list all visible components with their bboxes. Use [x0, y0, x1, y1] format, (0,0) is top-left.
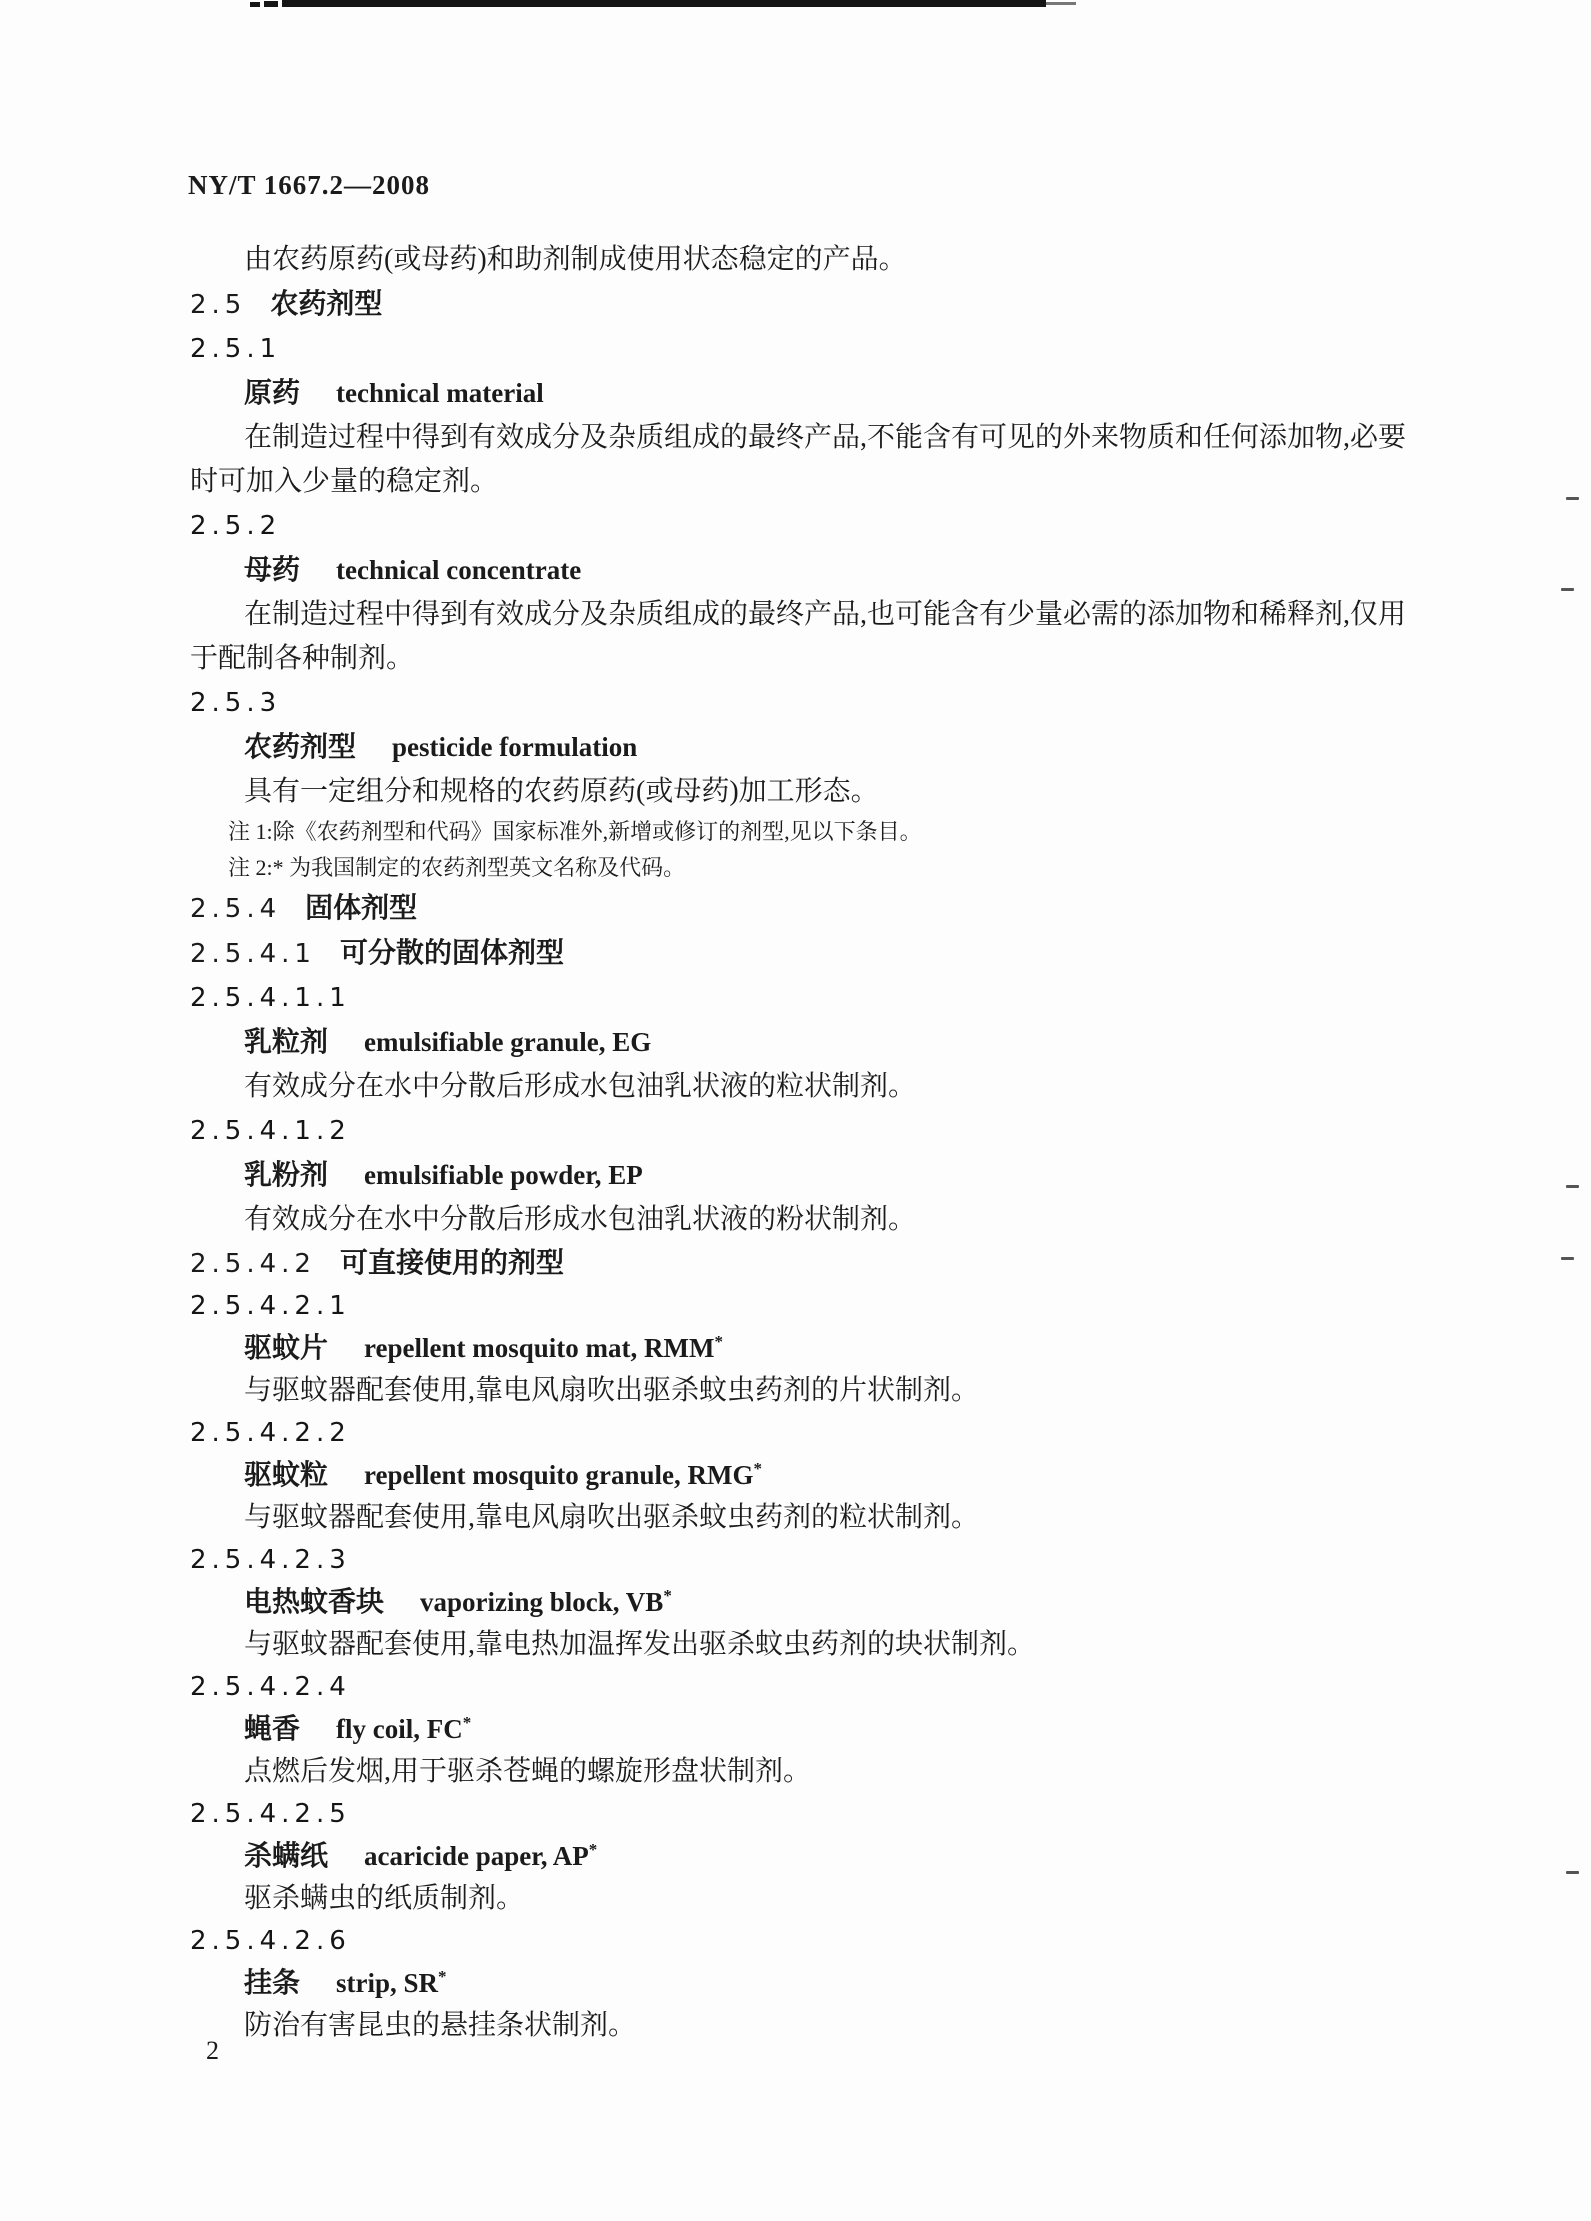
section-heading: 2.5.4.1可分散的固体剂型 — [190, 931, 1480, 976]
term-chinese: 杀螨纸 — [244, 1840, 328, 1871]
paragraph-line: 与驱蚊器配套使用,靠电热加温挥发出驱杀蚊虫药剂的块状制剂。 — [190, 1624, 1480, 1666]
term-english: pesticide formulation — [392, 732, 637, 762]
clause-number: 2.5.4.2.6 — [190, 1920, 1480, 1962]
paragraph-line: 在制造过程中得到有效成分及杂质组成的最终产品,不能含有可见的外来物质和任何添加物… — [190, 416, 1480, 460]
term-definition-heading: 乳粉剂emulsifiable powder, EP — [190, 1153, 1480, 1198]
section-heading-title: 可直接使用的剂型 — [340, 1247, 564, 1278]
term-definition-heading: 原药technical material — [190, 371, 1480, 416]
term-chinese: 挂条 — [244, 1967, 300, 1998]
term-chinese: 原药 — [244, 377, 300, 408]
paragraph: 由农药原药(或母药)和助剂制成使用状态稳定的产品。 — [190, 238, 1480, 282]
document-body: 由农药原药(或母药)和助剂制成使用状态稳定的产品。2.5农药剂型2.5.1原药t… — [190, 238, 1480, 2047]
paragraph-line: 于配制各种制剂。 — [190, 637, 1480, 681]
note-line: 注 2:* 为我国制定的农药剂型英文名称及代码。 — [190, 850, 1480, 886]
section-heading-number: 2.5.4.2 — [190, 1249, 316, 1279]
clause-number: 2.5.4.2.2 — [190, 1412, 1480, 1454]
paragraph: 有效成分在水中分散后形成水包油乳状液的粒状制剂。 — [190, 1065, 1480, 1109]
clause-number: 2.5.3 — [190, 681, 1480, 725]
paragraph: 在制造过程中得到有效成分及杂质组成的最终产品,不能含有可见的外来物质和任何添加物… — [190, 416, 1480, 504]
clause-number: 2.5.2 — [190, 504, 1480, 548]
term-english: vaporizing block, VB* — [420, 1587, 672, 1617]
paragraph-line: 有效成分在水中分散后形成水包油乳状液的粒状制剂。 — [190, 1065, 1480, 1109]
scan-dash-mark — [1561, 588, 1574, 591]
scan-dash-mark — [1561, 1257, 1574, 1260]
scan-dash-mark — [1566, 1185, 1579, 1188]
term-english: strip, SR* — [336, 1968, 447, 1998]
paragraph-line: 与驱蚊器配套使用,靠电风扇吹出驱杀蚊虫药剂的片状制剂。 — [190, 1370, 1480, 1412]
paragraph: 有效成分在水中分散后形成水包油乳状液的粉状制剂。 — [190, 1198, 1480, 1242]
section-heading-title: 农药剂型 — [270, 288, 382, 319]
paragraph: 在制造过程中得到有效成分及杂质组成的最终产品,也可能含有少量必需的添加物和稀释剂… — [190, 593, 1480, 681]
term-english: emulsifiable granule, EG — [364, 1027, 651, 1057]
clause-number: 2.5.4.1.2 — [190, 1109, 1480, 1153]
section-heading: 2.5.4.2可直接使用的剂型 — [190, 1242, 1480, 1285]
footnote-asterisk: * — [714, 1332, 723, 1351]
term-definition-heading: 驱蚊片repellent mosquito mat, RMM* — [190, 1327, 1480, 1370]
clause-number: 2.5.1 — [190, 327, 1480, 371]
scan-dash-mark — [1566, 1871, 1579, 1874]
paragraph: 驱杀螨虫的纸质制剂。 — [190, 1878, 1480, 1920]
term-chinese: 蝇香 — [244, 1713, 300, 1744]
clause-number: 2.5.4.2.3 — [190, 1539, 1480, 1581]
term-english: technical concentrate — [336, 555, 581, 585]
term-chinese: 电热蚊香块 — [244, 1586, 384, 1617]
scan-edge-bar — [282, 0, 1046, 7]
section-heading-number: 2.5.4 — [190, 894, 281, 924]
paragraph-line: 有效成分在水中分散后形成水包油乳状液的粉状制剂。 — [190, 1198, 1480, 1242]
term-definition-heading: 母药technical concentrate — [190, 548, 1480, 593]
term-definition-heading: 乳粒剂emulsifiable granule, EG — [190, 1020, 1480, 1065]
scan-edge-bar-tail — [1046, 2, 1076, 5]
term-definition-heading: 电热蚊香块vaporizing block, VB* — [190, 1581, 1480, 1624]
term-chinese: 乳粉剂 — [244, 1159, 328, 1190]
paragraph: 具有一定组分和规格的农药原药(或母药)加工形态。 — [190, 770, 1480, 814]
footnote-asterisk: * — [438, 1967, 447, 1986]
term-definition-heading: 农药剂型pesticide formulation — [190, 725, 1480, 770]
paragraph-line: 具有一定组分和规格的农药原药(或母药)加工形态。 — [190, 770, 1480, 814]
term-definition-heading: 驱蚊粒repellent mosquito granule, RMG* — [190, 1454, 1480, 1497]
term-english: technical material — [336, 378, 544, 408]
scan-edge-bar-fragment — [250, 2, 260, 7]
clause-number: 2.5.4.2.4 — [190, 1666, 1480, 1708]
paragraph-line: 点燃后发烟,用于驱杀苍蝇的螺旋形盘状制剂。 — [190, 1751, 1480, 1793]
term-chinese: 母药 — [244, 554, 300, 585]
paragraph-line: 时可加入少量的稳定剂。 — [190, 460, 1480, 504]
paragraph: 与驱蚊器配套使用,靠电风扇吹出驱杀蚊虫药剂的粒状制剂。 — [190, 1497, 1480, 1539]
footnote-asterisk: * — [463, 1713, 472, 1732]
standard-document-page: NY/T 1667.2—2008 由农药原药(或母药)和助剂制成使用状态稳定的产… — [0, 0, 1591, 2221]
paragraph: 与驱蚊器配套使用,靠电风扇吹出驱杀蚊虫药剂的片状制剂。 — [190, 1370, 1480, 1412]
paragraph-line: 驱杀螨虫的纸质制剂。 — [190, 1878, 1480, 1920]
term-chinese: 驱蚊片 — [244, 1332, 328, 1363]
paragraph-line: 在制造过程中得到有效成分及杂质组成的最终产品,也可能含有少量必需的添加物和稀释剂… — [190, 593, 1480, 637]
section-heading-number: 2.5 — [190, 290, 246, 320]
term-english: fly coil, FC* — [336, 1714, 471, 1744]
paragraph: 与驱蚊器配套使用,靠电热加温挥发出驱杀蚊虫药剂的块状制剂。 — [190, 1624, 1480, 1666]
note-line: 注 1:除《农药剂型和代码》国家标准外,新增或修订的剂型,见以下条目。 — [190, 814, 1480, 850]
term-definition-heading: 杀螨纸acaricide paper, AP* — [190, 1835, 1480, 1878]
term-definition-heading: 蝇香fly coil, FC* — [190, 1708, 1480, 1751]
term-chinese: 乳粒剂 — [244, 1026, 328, 1057]
footnote-asterisk: * — [663, 1586, 672, 1605]
section-heading: 2.5.4固体剂型 — [190, 886, 1480, 931]
section-heading-title: 可分散的固体剂型 — [340, 937, 564, 968]
term-definition-heading: 挂条strip, SR* — [190, 1962, 1480, 2005]
term-english: emulsifiable powder, EP — [364, 1160, 643, 1190]
clause-number: 2.5.4.2.5 — [190, 1793, 1480, 1835]
term-chinese: 驱蚊粒 — [244, 1459, 328, 1490]
paragraph-line: 防治有害昆虫的悬挂条状制剂。 — [190, 2005, 1480, 2047]
clause-number: 2.5.4.2.1 — [190, 1285, 1480, 1327]
footnote-asterisk: * — [589, 1840, 598, 1859]
section-heading-title: 固体剂型 — [305, 892, 417, 923]
clause-number: 2.5.4.1.1 — [190, 976, 1480, 1020]
section-heading: 2.5农药剂型 — [190, 282, 1480, 327]
standard-number-header: NY/T 1667.2—2008 — [188, 170, 430, 201]
term-english: repellent mosquito granule, RMG* — [364, 1460, 762, 1490]
footnote-asterisk: * — [754, 1459, 763, 1478]
paragraph-line: 与驱蚊器配套使用,靠电风扇吹出驱杀蚊虫药剂的粒状制剂。 — [190, 1497, 1480, 1539]
scan-edge-bar-fragment — [264, 1, 278, 7]
scan-dash-mark — [1566, 497, 1579, 500]
term-chinese: 农药剂型 — [244, 731, 356, 762]
page-number: 2 — [206, 2036, 219, 2066]
paragraph-line: 由农药原药(或母药)和助剂制成使用状态稳定的产品。 — [190, 238, 1480, 282]
term-english: acaricide paper, AP* — [364, 1841, 597, 1871]
term-english: repellent mosquito mat, RMM* — [364, 1333, 723, 1363]
paragraph: 防治有害昆虫的悬挂条状制剂。 — [190, 2005, 1480, 2047]
paragraph: 点燃后发烟,用于驱杀苍蝇的螺旋形盘状制剂。 — [190, 1751, 1480, 1793]
section-heading-number: 2.5.4.1 — [190, 939, 316, 969]
